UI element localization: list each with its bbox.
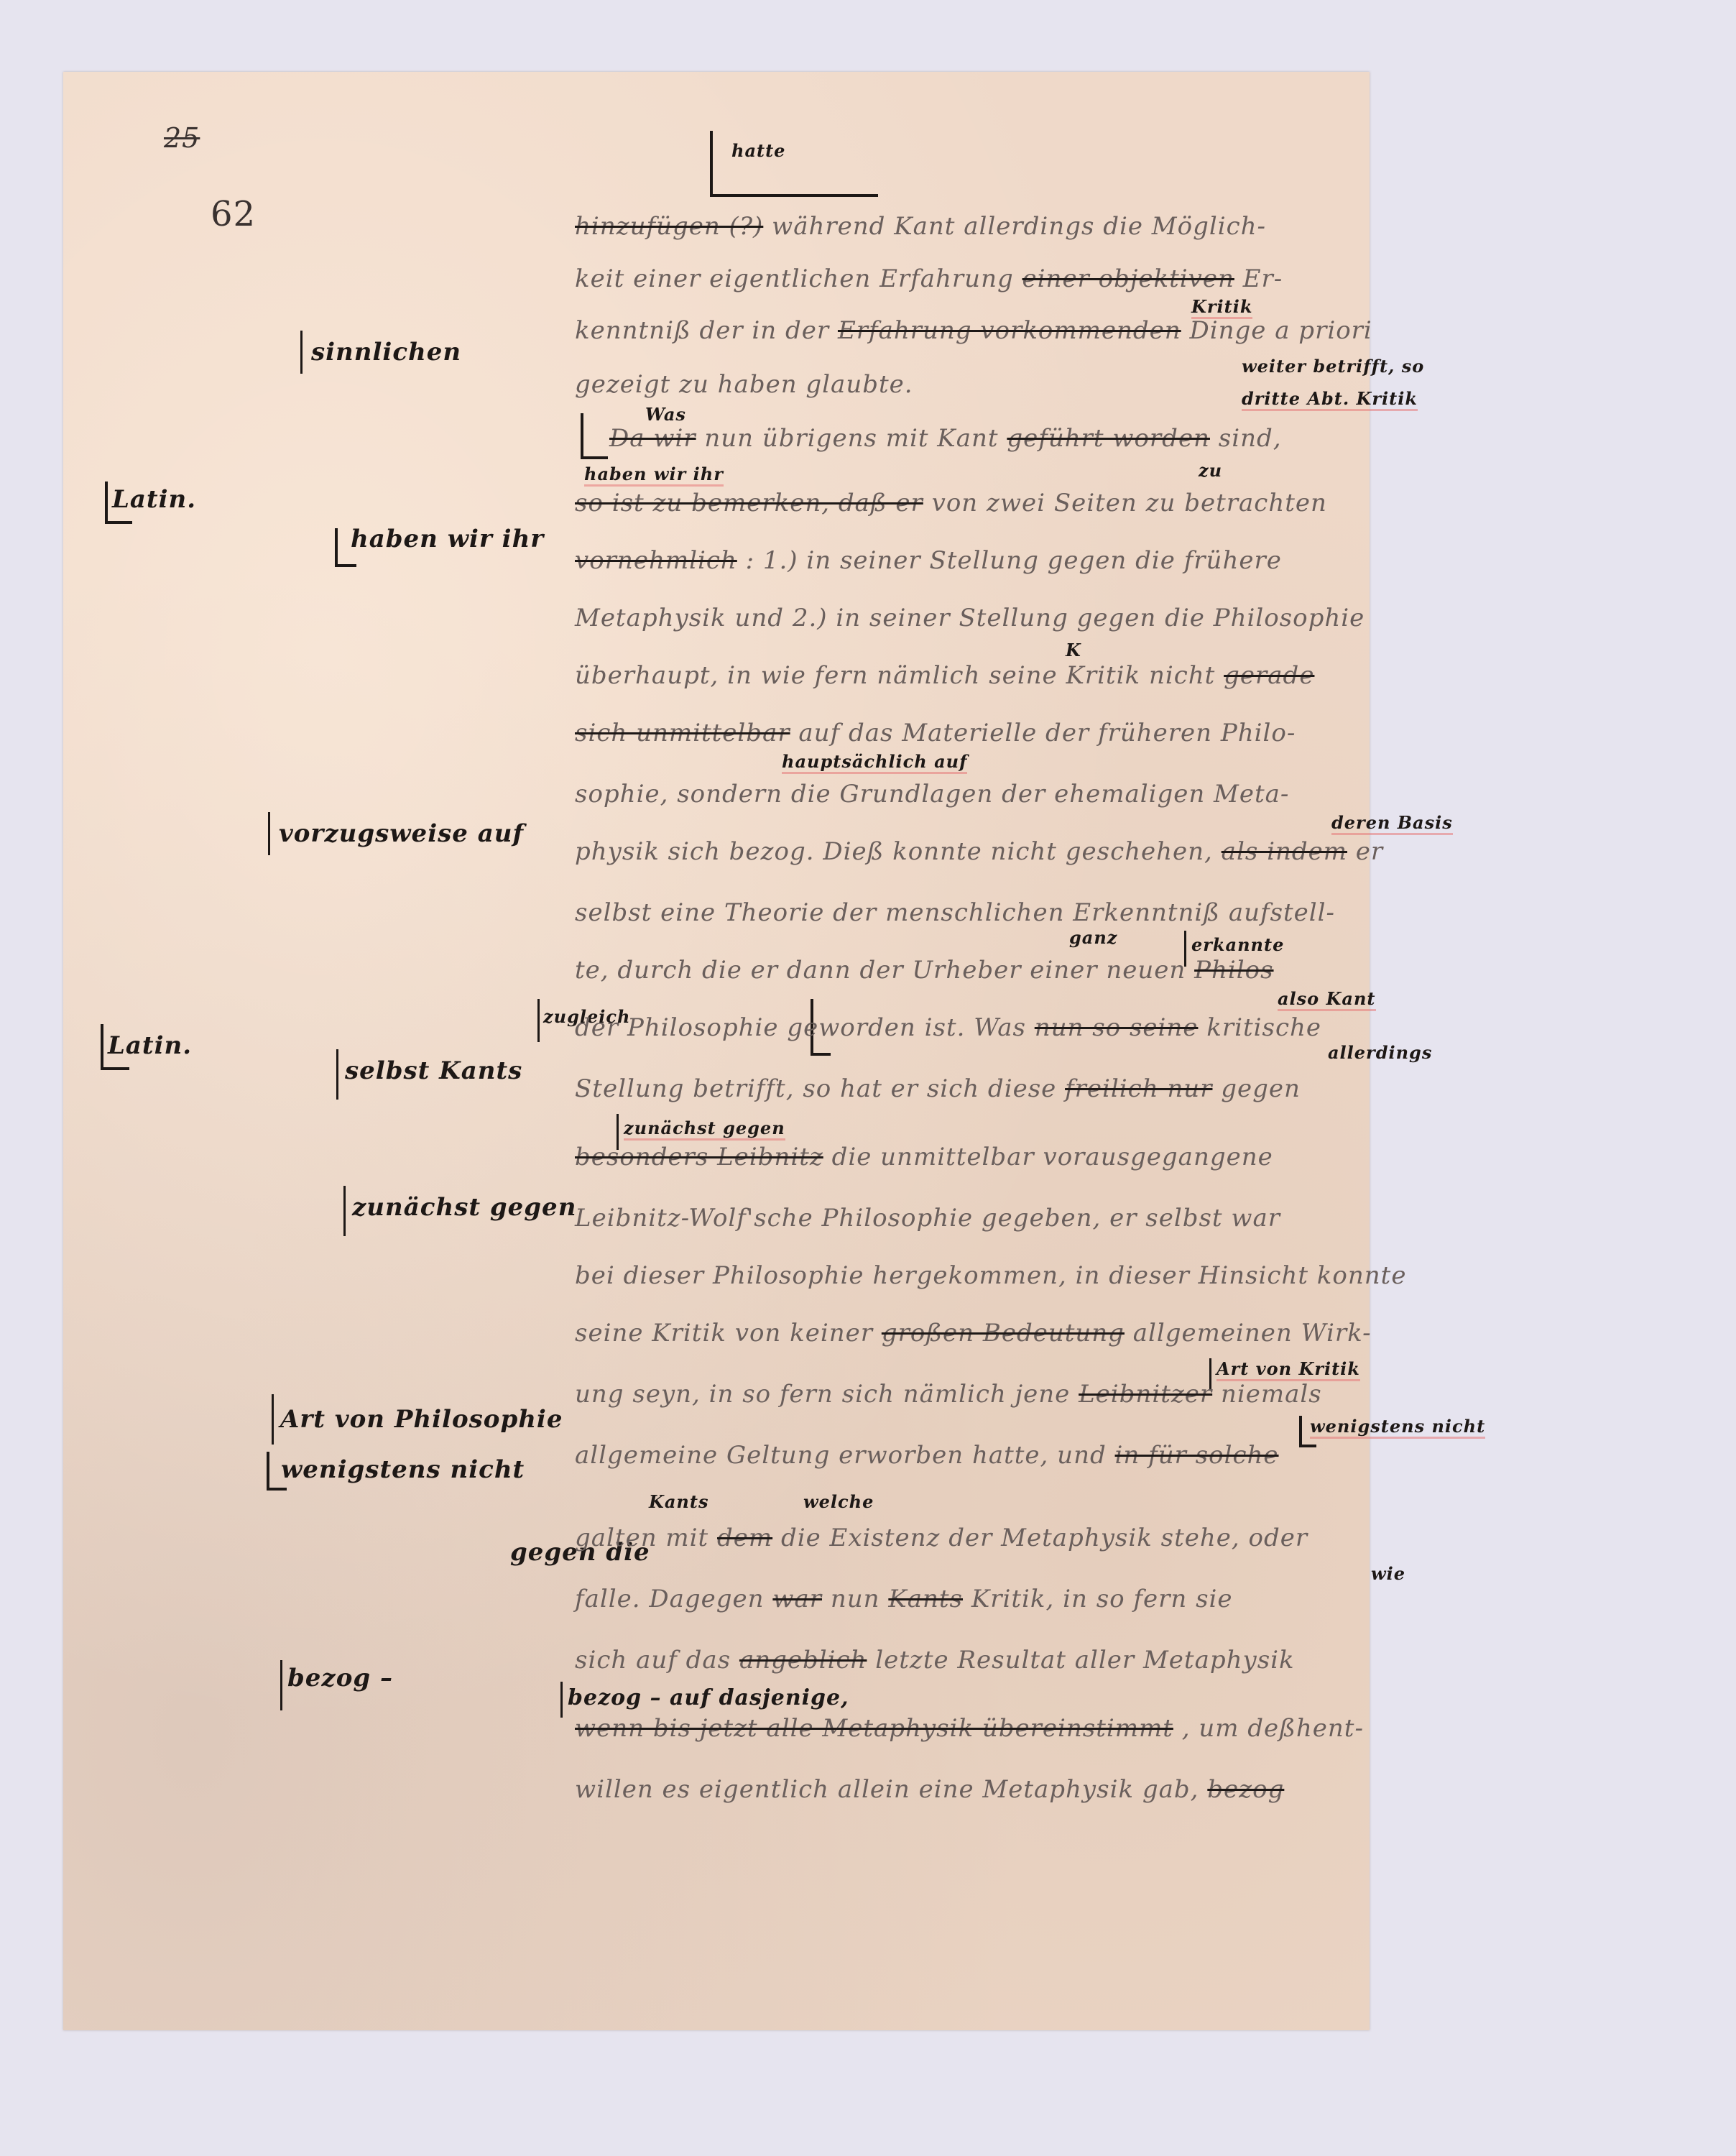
text-line: sophie, sondern die Grundlagen der ehema… xyxy=(575,780,1289,808)
interlinear-insertion: wie xyxy=(1371,1563,1405,1584)
margin-bar xyxy=(280,1660,282,1710)
text-line: hinzufügen (?) während Kant allerdings d… xyxy=(575,212,1266,241)
interlinear-insertion: erkannte xyxy=(1191,934,1284,955)
margin-note: Latin. xyxy=(112,485,196,514)
insertion-bar xyxy=(560,1682,563,1718)
interlinear-insertion: Kants xyxy=(649,1491,708,1512)
interlinear-insertion: bezog – auf dasjenige, xyxy=(568,1685,849,1710)
text-line: sich auf das angeblich letzte Resultat a… xyxy=(575,1646,1295,1674)
old-folio-number: 25 xyxy=(164,122,200,154)
text-line: kenntniß der in der Erfahrung vorkommend… xyxy=(575,316,1372,345)
text-line: falle. Dagegen war nun Kants Kritik, in … xyxy=(575,1585,1233,1613)
text-line: so ist zu bemerken, daß er von zwei Seit… xyxy=(575,489,1327,517)
insertion-bracket xyxy=(710,131,878,197)
interlinear-insertion: weiter betrifft, so xyxy=(1242,356,1424,377)
margin-note: zunächst gegen xyxy=(352,1193,576,1222)
margin-note: haben wir ihr xyxy=(351,525,544,553)
text-line: keit einer eigentlichen Erfahrung einer … xyxy=(575,264,1283,293)
interlinear-insertion: allerdings xyxy=(1328,1042,1432,1063)
text-line: Metaphysik und 2.) in seiner Stellung ge… xyxy=(575,604,1365,632)
text-line: allgemeine Geltung erworben hatte, und i… xyxy=(575,1441,1279,1470)
interlinear-insertion: welche xyxy=(803,1491,874,1512)
text-line: willen es eigentlich allein eine Metaphy… xyxy=(575,1775,1284,1804)
interlinear-insertion: deren Basis xyxy=(1331,812,1453,835)
text-line: galten mit dem die Existenz der Metaphys… xyxy=(575,1524,1308,1552)
interlinear-insertion: zu xyxy=(1199,460,1222,481)
interlinear-insertion: also Kant xyxy=(1278,988,1376,1011)
interlinear-insertion: Was xyxy=(645,404,686,425)
margin-bar xyxy=(272,1394,274,1445)
text-line: überhaupt, in wie fern nämlich seine Kri… xyxy=(575,661,1314,690)
interlinear-insertion: ganz xyxy=(1069,927,1117,948)
text-line: physik sich bezog. Dieß konnte nicht ges… xyxy=(575,837,1383,866)
margin-note: Art von Philosophie xyxy=(280,1405,563,1434)
margin-bar xyxy=(343,1186,346,1236)
text-line: Da wir nun übrigens mit Kant geführt wor… xyxy=(609,424,1282,453)
interlinear-insertion: zunächst gegen xyxy=(624,1118,785,1141)
interlinear-insertion: K xyxy=(1066,640,1081,660)
text-line: te, durch die er dann der Urheber einer … xyxy=(575,956,1274,985)
text-line: der Philosophie geworden ist. Was nun so… xyxy=(575,1013,1321,1042)
insertion-bracket xyxy=(581,413,608,459)
margin-note: Latin. xyxy=(108,1031,192,1060)
margin-note: bezog – xyxy=(287,1664,393,1692)
margin-note: wenigstens nicht xyxy=(281,1455,525,1484)
interlinear-insertion: wenigstens nicht xyxy=(1310,1416,1485,1439)
interlinear-insertion: Art von Kritik xyxy=(1216,1358,1360,1381)
text-line: bei dieser Philosophie hergekommen, in d… xyxy=(575,1261,1406,1290)
text-line: Leibnitz-Wolf'sche Philosophie gegeben, … xyxy=(575,1204,1280,1233)
text-line: seine Kritik von keiner großen Bedeutung… xyxy=(575,1319,1372,1347)
margin-bar xyxy=(537,999,540,1042)
text-line: selbst eine Theorie der menschlichen Erk… xyxy=(575,898,1335,927)
margin-bar xyxy=(300,331,303,374)
text-line: ung seyn, in so fern sich nämlich jene L… xyxy=(575,1380,1322,1409)
interlinear-insertion: dritte Abt. Kritik xyxy=(1242,388,1418,411)
text-line: gezeigt zu haben glaubte. xyxy=(575,370,913,399)
margin-note: sinnlichen xyxy=(311,338,461,367)
interlinear-insertion: hauptsächlich auf xyxy=(782,751,967,774)
folio-number: 62 xyxy=(211,194,256,234)
text-line: vornehmlich : 1.) in seiner Stellung geg… xyxy=(575,546,1282,575)
text-line: Stellung betrifft, so hat er sich diese … xyxy=(575,1074,1301,1103)
text-line: sich unmittelbar auf das Materielle der … xyxy=(575,719,1296,747)
margin-bar xyxy=(336,1049,338,1100)
margin-note: vorzugsweise auf xyxy=(279,819,524,848)
margin-note: selbst Kants xyxy=(345,1056,522,1085)
text-line: besonders Leibnitz die unmittelbar vorau… xyxy=(575,1143,1273,1171)
margin-bar xyxy=(268,812,270,855)
text-line: wenn bis jetzt alle Metaphysik übereinst… xyxy=(575,1714,1364,1743)
interlinear-insertion: haben wir ihr xyxy=(584,464,724,487)
manuscript-page: 25 62 hatte sinnlichen Latin. haben wir … xyxy=(63,72,1370,2030)
